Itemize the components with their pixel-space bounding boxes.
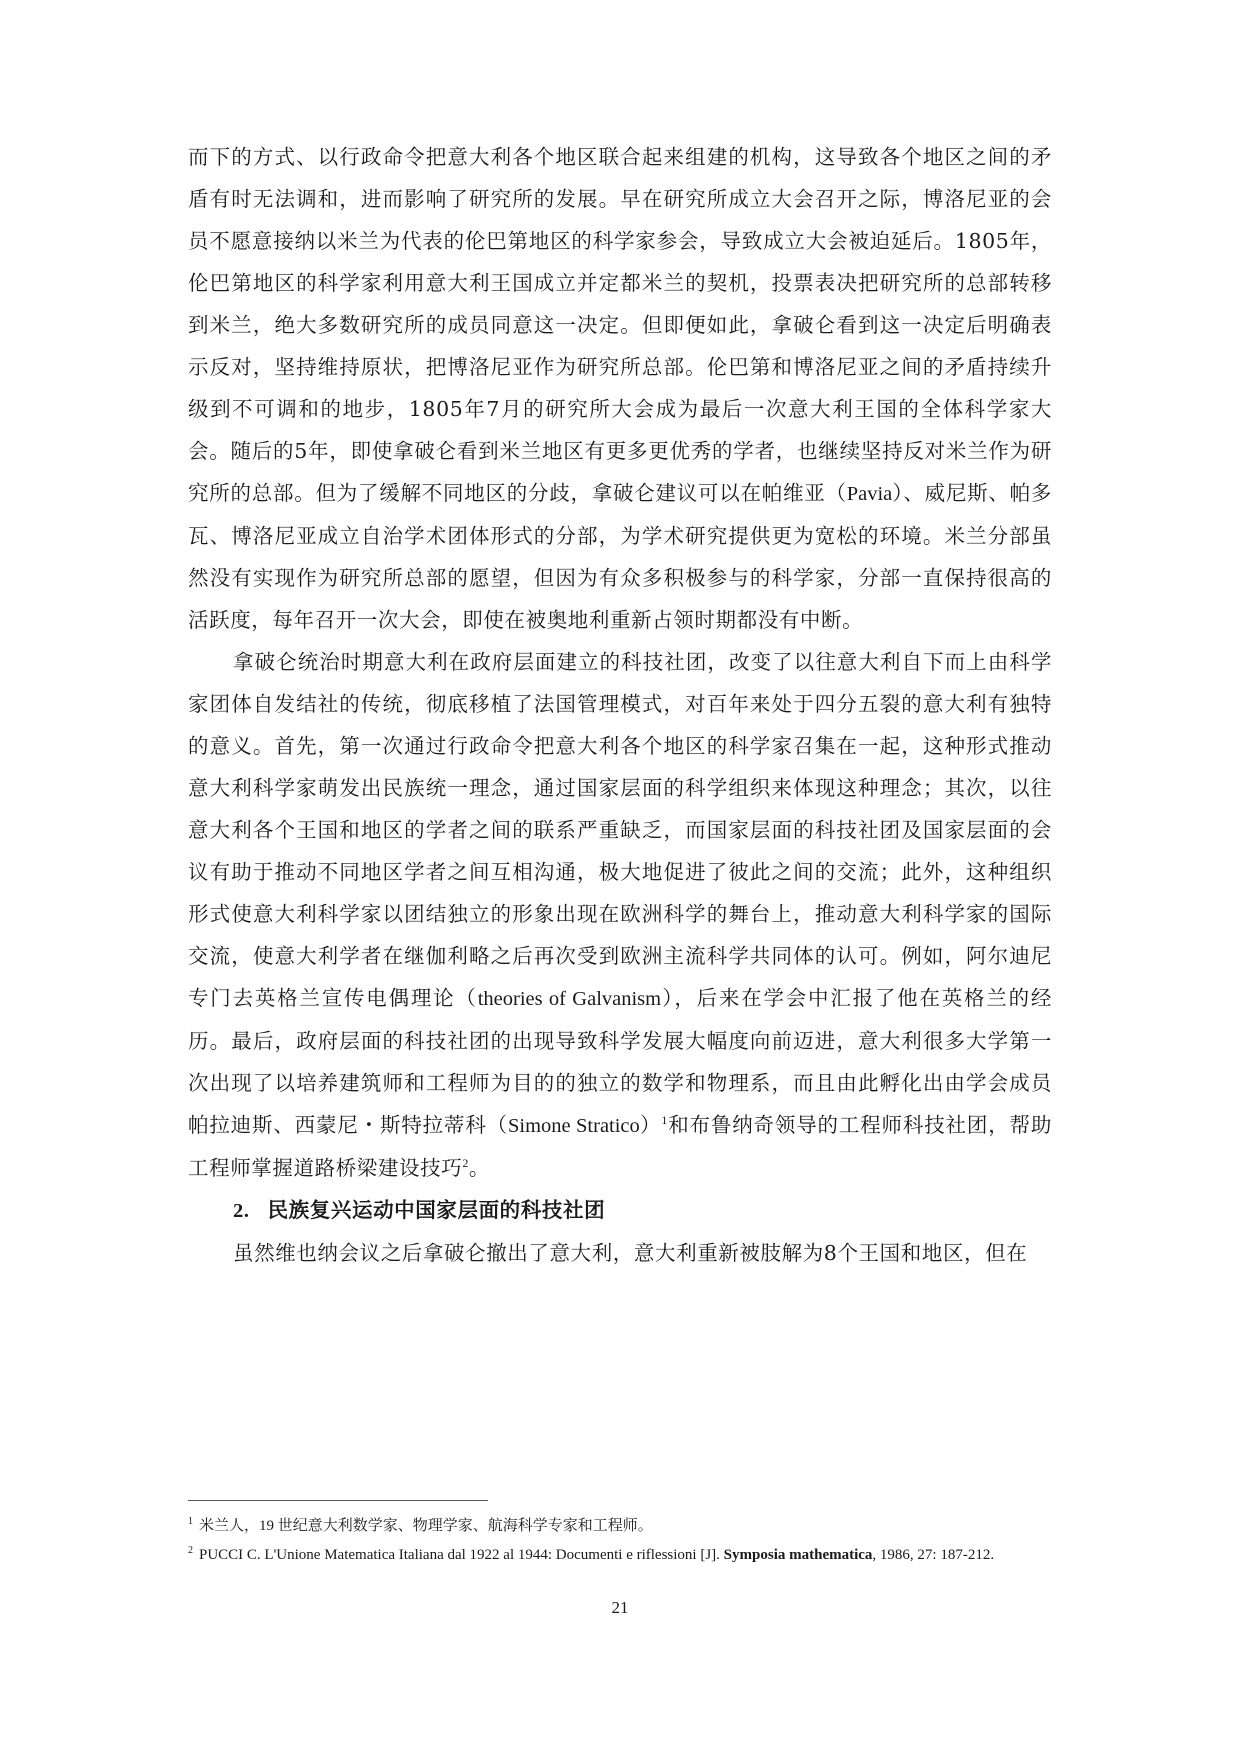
paragraph-3: 虽然维也纳会议之后拿破仑撤出了意大利，意大利重新被肢解为8个王国和地区，但在 (188, 1232, 1052, 1274)
footnotes: 1米兰人，19 世纪意大利数学家、物理学家、航海科学专家和工程师。 2PUCCI… (188, 1512, 1068, 1570)
footnote-divider (188, 1500, 488, 1501)
latin-term-galvanism: theories of Galvanism (478, 988, 661, 1010)
section-number: 2. (233, 1200, 250, 1222)
page-body: 而下的方式、以行政命令把意大利各个地区联合起来组建的机构，这导致各个地区之间的矛… (188, 136, 1052, 1274)
footnote-1-marker: 1 (188, 1516, 193, 1527)
footnote-ref-2[interactable]: 2 (462, 1156, 469, 1170)
paragraph-1: 而下的方式、以行政命令把意大利各个地区联合起来组建的机构，这导致各个地区之间的矛… (188, 136, 1052, 641)
footnote-1: 1米兰人，19 世纪意大利数学家、物理学家、航海科学专家和工程师。 (188, 1512, 1068, 1541)
paragraph-1-text-a: 而下的方式、以行政命令把意大利各个地区联合起来组建的机构，这导致各个地区之间的矛… (188, 145, 1052, 505)
section-title: 民族复兴运动中国家层面的科技社团 (268, 1198, 606, 1222)
footnote-1-text: 米兰人，19 世纪意大利数学家、物理学家、航海科学专家和工程师。 (199, 1518, 653, 1534)
latin-term-stratico: Simone Stratico (508, 1115, 640, 1137)
latin-term-pavia: Pavia (847, 483, 893, 505)
paragraph-2-text-e: 。 (469, 1156, 490, 1180)
footnote-ref-1[interactable]: 1 (661, 1113, 668, 1127)
paragraph-2-text-a: 拿破仑统治时期意大利在政府层面建立的科技社团，改变了以往意大利自下而上由科学家团… (188, 650, 1052, 1010)
footnote-2-marker: 2 (188, 1545, 193, 1556)
footnote-2-citation: PUCCI C. L'Unione Matematica Italiana da… (199, 1547, 724, 1563)
footnote-2-journal: Symposia mathematica (724, 1547, 873, 1563)
footnote-2-citation-tail: , 1986, 27: 187-212. (872, 1547, 994, 1563)
footnote-2: 2PUCCI C. L'Unione Matematica Italiana d… (188, 1541, 1068, 1570)
paragraph-2: 拿破仑统治时期意大利在政府层面建立的科技社团，改变了以往意大利自下而上由科学家团… (188, 641, 1052, 1189)
paragraph-2-text-c: ） (640, 1113, 662, 1137)
section-heading: 2.民族复兴运动中国家层面的科技社团 (188, 1189, 1052, 1232)
page-number: 21 (0, 1598, 1240, 1618)
